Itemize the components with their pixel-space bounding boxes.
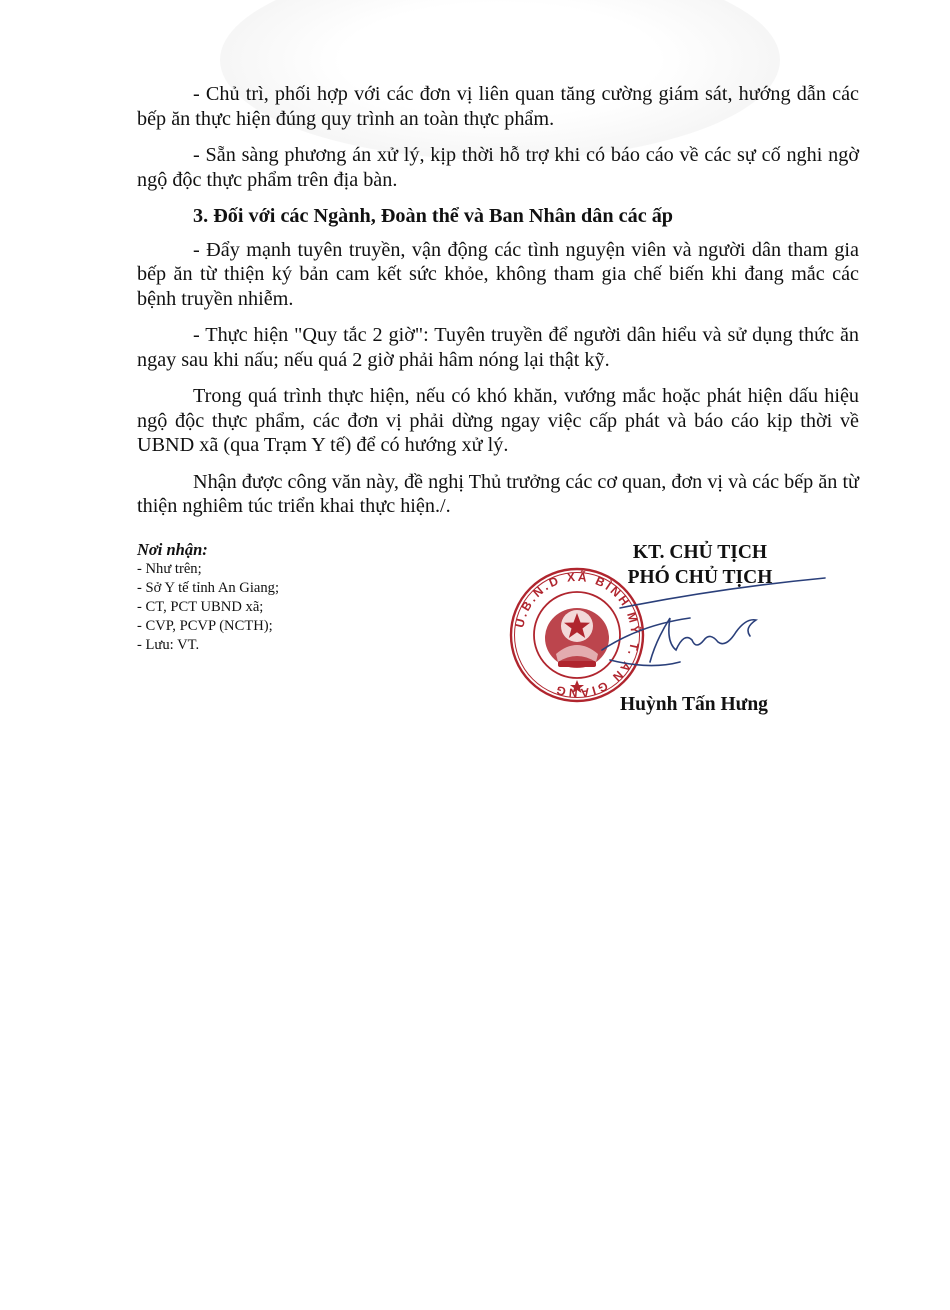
recipients-block: Nơi nhận: - Như trên; - Sở Y tế tỉnh An … (137, 540, 397, 655)
signer-name: Huỳnh Tấn Hưng (620, 694, 768, 716)
paragraph: - Sẵn sàng phương án xử lý, kịp thời hỗ … (137, 143, 859, 192)
signature-title-1: KT. CHỦ TỊCH (540, 540, 860, 565)
recipients-label: Nơi nhận: (137, 540, 397, 559)
document-body: - Chủ trì, phối hợp với các đơn vị liên … (137, 82, 859, 531)
recipient-item: - Sở Y tế tỉnh An Giang; (137, 579, 397, 598)
recipient-item: - Như trên; (137, 560, 397, 579)
paragraph: Nhận được công văn này, đề nghị Thủ trưở… (137, 470, 859, 519)
recipient-item: - CT, PCT UBND xã; (137, 598, 397, 617)
paragraph: - Thực hiện "Quy tắc 2 giờ": Tuyên truyề… (137, 323, 859, 372)
recipient-item: - CVP, PCVP (NCTH); (137, 617, 397, 636)
paragraph: - Đẩy mạnh tuyên truyền, vận động các tì… (137, 238, 859, 312)
paragraph: Trong quá trình thực hiện, nếu có khó kh… (137, 384, 859, 458)
handwritten-signature-icon (580, 570, 830, 680)
recipient-item: - Lưu: VT. (137, 636, 397, 655)
section-heading: 3. Đối với các Ngành, Đoàn thể và Ban Nh… (137, 204, 859, 229)
paragraph: - Chủ trì, phối hợp với các đơn vị liên … (137, 82, 859, 131)
